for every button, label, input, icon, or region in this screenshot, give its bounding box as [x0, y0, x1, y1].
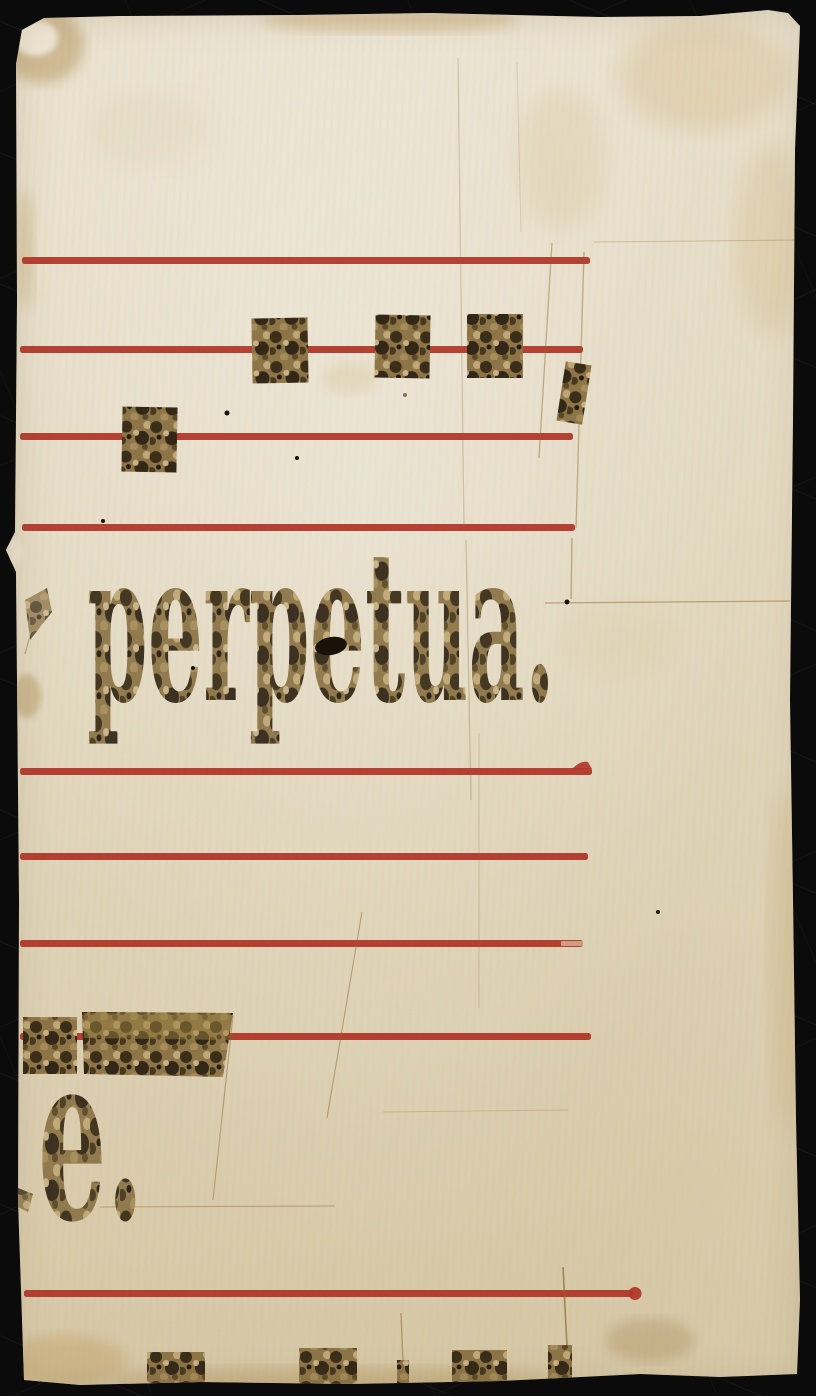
ink-speck [101, 519, 105, 523]
staff-line [20, 768, 592, 775]
ruling-hairline [545, 601, 790, 603]
staff-line [22, 257, 590, 264]
ruling-hairline [383, 1110, 568, 1112]
neume-note [397, 1360, 409, 1392]
ink-speck [191, 666, 195, 670]
neume-note [556, 361, 591, 424]
parchment-stain [322, 362, 378, 394]
ruling-hairline [401, 1313, 403, 1362]
neume-note [147, 1352, 205, 1392]
photo-black-background: perpetua. e. [0, 0, 816, 1396]
staff-line [20, 940, 583, 947]
ink-speck [225, 411, 230, 416]
staff-line-faded-tip [561, 941, 583, 946]
parchment-stain [14, 20, 58, 56]
staff-line [20, 433, 573, 440]
ruling-hairline [563, 1267, 567, 1346]
parchment-stain [13, 674, 41, 718]
parchment-stain [2, 538, 22, 566]
neume-note [251, 318, 308, 384]
letter-fragment [25, 588, 52, 640]
staff-line [20, 853, 588, 860]
parchment-stain [560, 600, 680, 680]
staff-line-end-blob [629, 1287, 642, 1300]
neume-note [467, 314, 523, 378]
parchment-stain [260, 7, 520, 33]
staff-line [24, 1290, 633, 1297]
parchment-stain [340, 910, 500, 1010]
ruling-hairline [571, 538, 572, 599]
neume-note [299, 1348, 357, 1392]
parchment-stain [15, 190, 35, 310]
lyric-line-e: e. [38, 1001, 144, 1274]
staff-line-hook [572, 762, 592, 769]
parchment-leaf: perpetua. e. [0, 0, 816, 1396]
neume-note [121, 407, 177, 473]
neume-note [374, 315, 430, 379]
parchment-stain [605, 1318, 695, 1362]
neume-note [548, 1345, 572, 1392]
ink-speck [565, 600, 570, 605]
parchment-stain [768, 790, 808, 1130]
ink-speck [295, 456, 299, 460]
parchment-stain [515, 90, 605, 230]
ink-speck [656, 910, 660, 914]
parchment-stain [90, 90, 210, 170]
ink-speck [403, 393, 407, 397]
ruling-hairline [458, 58, 464, 528]
neume-note [452, 1350, 507, 1392]
letter-fragment [16, 1188, 33, 1212]
manuscript-artwork: perpetua. e. [0, 0, 816, 1396]
lyric-line-perpetua: perpetua. [87, 504, 555, 750]
ruling-hairline [25, 636, 30, 654]
parchment-stain [650, 1120, 750, 1240]
parchment-stain [620, 20, 790, 130]
parchment-stain [5, 1334, 125, 1386]
